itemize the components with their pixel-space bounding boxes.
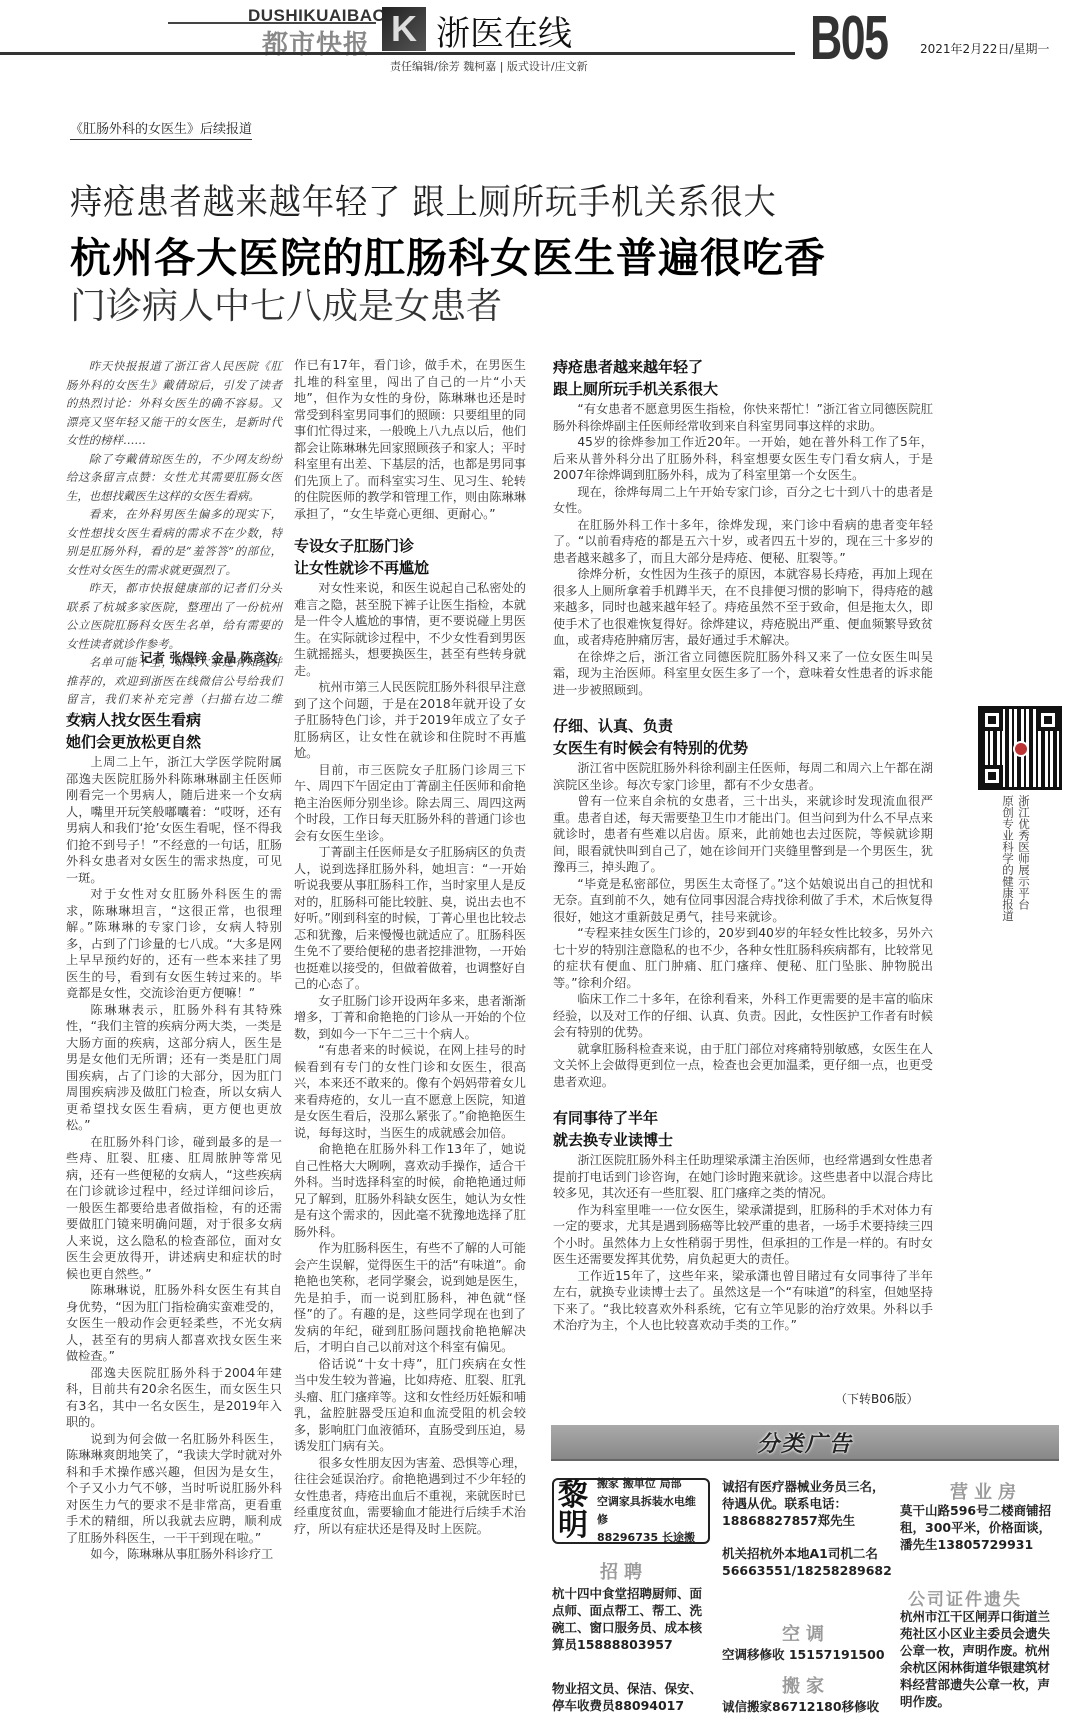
paragraph: 浙江省中医院肛肠外科徐利副主任医师，每周二和周六上午都在湖滨院区坐诊。每次专家门… — [553, 760, 933, 793]
paragraph: 45岁的徐烨参加工作近20年。一开始，她在普外科工作了5年，后来从普外科分出了肛… — [553, 434, 933, 484]
qr-finder — [981, 709, 1003, 731]
k-logo-icon: K — [382, 7, 426, 51]
paragraph: “有患者来的时候说，在网上挂号的时候看到有专门的女性门诊和女医生，很高兴，本来还… — [294, 1042, 526, 1141]
subhead: 跟上厕所玩手机关系很大 — [553, 379, 933, 399]
paragraph: 就拿肛肠科检查来说，由于肛门部位对疼痛特别敏感，女医生在人文关怀上会做得更到位一… — [553, 1041, 933, 1091]
paper-name-cn: 都市快报 — [262, 24, 370, 61]
paragraph: 在徐烨之后，浙江省立同德医院肛肠外科又来了一位女医生叫吴霜，现为主治医师。科室里… — [553, 649, 933, 699]
paragraph: 对女性来说，和医生说起自己私密处的难言之隐，甚至脱下裤子让医生指检，本就是一件令… — [294, 580, 526, 679]
continued-note: （下转B06版） — [835, 1390, 919, 1407]
intro-paragraph: 看来，在外科男医生偏多的现实下，女性想找女医生看病的需求不在少数，特别是肛肠外科… — [66, 505, 282, 579]
subhead: 有同事待了半年 — [553, 1108, 933, 1128]
paragraph: 徐烨分析，女性因为生孩子的原因，本就容易长痔疮，再加上现在很多人上厕所拿着手机蹲… — [553, 566, 933, 649]
paragraph: 很多女性朋友因为害羞、恐惧等心理，往往会延误治疗。俞艳艳遇到过不少年轻的女性患者… — [294, 1455, 526, 1538]
ad-aircon: 空调移修收 15157191500 — [722, 1646, 892, 1663]
paragraph: 陈琳琳表示，肛肠外科有其特殊性，“我们主管的疾病分两大类，一类是大肠方面的疾病，… — [66, 1002, 282, 1134]
paragraph: 临床工作二十多年，在徐利看来，外科工作更需要的是丰富的临床经验，以及对工作的仔细… — [553, 991, 933, 1041]
page-number: B05 — [810, 6, 888, 72]
paragraph: “毕竟是私密部位，男医生太奇怪了。”这个姑娘说出自己的担忧和无奈。直到前不久，她… — [553, 876, 933, 926]
subhead: 仔细、认真、负责 — [553, 716, 933, 736]
paragraph: 目前，市三医院女子肛肠门诊周三下午、周四下午固定由丁菁副主任医师和俞艳艳主治医师… — [294, 762, 526, 845]
paragraph: 对于女性对女肛肠外科医生的需求，陈琳琳坦言，“这很正常，也很理解。”陈琳琳的专家… — [66, 886, 282, 1002]
qr-caption-line: 浙江优秀医师展示平台 — [1017, 795, 1031, 910]
paragraph: 说到为何会做一名肛肠外科医生，陈琳琳爽朗地笑了，“我读大学时就对外科和手术操作感… — [66, 1431, 282, 1547]
subhead: 痔疮患者越来越年轻了 — [553, 357, 933, 377]
ad-section-title: 公司证件遗失 — [908, 1585, 1022, 1610]
issue-date: 2021年2月22日/星期一 — [920, 40, 1050, 57]
paragraph: 邵逸夫医院肛肠外科于2004年建科，目前共有20余名医生，而女医生只有3名，其中… — [66, 1365, 282, 1431]
ad-line: 搬家 搬单位 局部 — [597, 1475, 704, 1493]
headline-main: 杭州各大医院的肛肠科女医生普遍很吃香 — [70, 225, 826, 284]
intro-paragraph: 昨天，都市快报健康部的记者们分头联系了杭城多家医院，整理出了一份杭州公立医院肛肠… — [66, 579, 282, 653]
paragraph: 作为科室里唯一一位女医生，梁承潇提到，肛肠科的手术对体力有一定的要求，尤其是遇到… — [553, 1202, 933, 1268]
qr-finder — [1037, 709, 1059, 731]
subhead: 女医生有时候会有特别的优势 — [553, 738, 933, 758]
subhead: 专设女子肛肠门诊 — [294, 536, 526, 556]
article-intro: 昨天快报报道了浙江省人民医院《肛肠外科的女医生》戴倩琼后，引发了读者的热烈讨论：… — [66, 357, 282, 727]
intro-paragraph: 除了夸戴倩琼医生的，不少网友纷纷给这条留言点赞：女性尤其需要肛肠女医生，也想找戴… — [66, 450, 282, 506]
paragraph: 陈琳琳说，肛肠外科女医生有其自身优势，“因为肛门指检确实蛮难受的，女医生一般动作… — [66, 1282, 282, 1365]
paragraph: 作为肛肠科医生，有些不了解的人可能会产生误解，觉得医生干的活“有味道”。俞艳艳也… — [294, 1240, 526, 1356]
ad-mid-1: 诚招有医疗器械业务员三名，待遇从优。联系电话：18868827857郑先生 — [722, 1478, 892, 1529]
headline-top: 痔疮患者越来越年轻了 跟上厕所玩手机关系很大 — [70, 175, 777, 225]
column-2: 作已有17年，看门诊，做手术，在男医生扎堆的科室里，闯出了自己的一片“小天地”，… — [294, 357, 526, 1537]
paragraph: 浙江医院肛肠外科主任助理梁承潇主治医师，也经常遇到女性患者提前打电话到门诊咨询，… — [553, 1152, 933, 1202]
headline-sub: 门诊病人中七八成是女患者 — [70, 278, 502, 329]
ad-section-title: 空调 — [782, 1620, 830, 1646]
classifieds-title: 分类广告 — [757, 1427, 853, 1458]
paragraph: 上周二上午，浙江大学医学院附属邵逸夫医院肛肠外科陈琳琳副主任医师刚看完一个男病人… — [66, 754, 282, 886]
ad-line: 空调家具拆装水电维修 — [597, 1493, 704, 1529]
paragraph: 现在，徐烨每周二上午开始专家门诊，百分之七十到八十的患者是女性。 — [553, 484, 933, 517]
column-3: 痔疮患者越来越年轻了 跟上厕所玩手机关系很大 “有女患者不愿意男医生指检，你快来… — [553, 357, 933, 1334]
qr-logo-icon — [1013, 741, 1029, 757]
ad-recruit-2: 物业招文员、保洁、保安、停车收费员88094017 — [552, 1680, 712, 1714]
paragraph: 如今，陈琳琳从事肛肠外科诊疗工 — [66, 1546, 282, 1563]
paragraph: 在肛肠外科门诊，碰到最多的是一些痔、肛裂、肛瘘、肛周脓肿等常见病，还有一些便秘的… — [66, 1134, 282, 1283]
paragraph: 女子肛肠门诊开设两年多来，患者渐渐增多，丁菁和俞艳艳的门诊从一开始的个位数，到如… — [294, 993, 526, 1043]
paragraph: 作已有17年，看门诊，做手术，在男医生扎堆的科室里，闯出了自己的一片“小天地”，… — [294, 357, 526, 522]
paragraph: 俞艳艳在肛肠外科工作13年了，她说自己性格大大咧咧，喜欢动手操作，适合干外科。当… — [294, 1141, 526, 1240]
ad-lost-notice: 杭州市江干区闸弄口街道兰苑社区小区业主委员会遗失公章一枚，声明作废。杭州余杭区闲… — [900, 1608, 1060, 1710]
ad-line: 88296735 长途搬 — [597, 1529, 704, 1547]
paragraph: 俗话说“十女十痔”，肛门疾病在女性当中发生较为普遍，比如痔疮、肛裂、肛乳头瘤、肛… — [294, 1356, 526, 1455]
subhead: 女病人找女医生看病 — [66, 710, 282, 730]
byline: 记者 张煜锌 金晶 陈彦汝 — [140, 648, 278, 666]
qr-finder — [981, 765, 1003, 787]
ad-section-title: 营业房 — [950, 1478, 1022, 1504]
ad-mid-2: 机关招杭外本地A1司机二名56663551/18258289682 — [722, 1545, 892, 1579]
ad-section-title: 招聘 — [600, 1558, 648, 1584]
ad-moving: 诚信搬家86712180移修收 — [722, 1698, 892, 1715]
paragraph: 杭州市第三人民医院肛肠外科很早注意到了这个问题，于是在2018年就开设了女子肛肠… — [294, 679, 526, 762]
editor-credits: 责任编辑/徐芳 魏柯嘉 | 版式设计/庄文新 — [390, 58, 588, 74]
paragraph: “有女患者不愿意男医生指检，你快来帮忙！”浙江省立同德医院肛肠外科徐烨副主任医师… — [553, 401, 933, 434]
ad-recruit-1: 杭十四中食堂招聘厨师、面点师、面点帮工、帮工、洗碗工、窗口服务员、成本核算员15… — [552, 1585, 712, 1653]
series-kicker: 《肛肠外科的女医生》后续报道 — [70, 118, 252, 140]
subhead: 就去换专业读博士 — [553, 1130, 933, 1150]
masthead-rule — [0, 52, 795, 55]
subhead: 让女性就诊不再尴尬 — [294, 558, 526, 578]
intro-paragraph: 昨天快报报道了浙江省人民医院《肛肠外科的女医生》戴倩琼后，引发了读者的热烈讨论：… — [66, 357, 282, 450]
section-title: 浙医在线 — [436, 6, 572, 55]
column-1: 女病人找女医生看病 她们会更放松更自然 上周二上午，浙江大学医学院附属邵逸夫医院… — [66, 702, 282, 1563]
paragraph: 曾有一位来自余杭的女患者，三十出头，来就诊时发现流血很严重。患者自述，每天需要垫… — [553, 793, 933, 876]
ad-shop: 莫干山路596号二楼商铺招租，300平米，价格面谈，潘先生13805729931 — [900, 1502, 1060, 1553]
qr-caption: 浙江优秀医师展示平台 原创专业科学的健康报道 — [1000, 795, 1032, 922]
ad-box-brand: 黎明 — [558, 1481, 597, 1541]
ad-box-moving: 黎明 搬家 搬单位 局部 空调家具拆装水电维修 88296735 长途搬 — [552, 1478, 710, 1544]
ad-section-title: 搬家 — [782, 1672, 830, 1698]
paragraph: 丁菁副主任医师是女子肛肠病区的负责人，说到选择肛肠外科，她坦言：“一开始听说我要… — [294, 844, 526, 993]
paragraph: 工作近15年了，这些年来，梁承潇也曾目睹过有女同事待了半年左右，就换专业读博士去… — [553, 1268, 933, 1334]
classifieds-banner: 分类广告 — [551, 1425, 1059, 1461]
subhead: 她们会更放松更自然 — [66, 732, 282, 752]
qr-code-icon[interactable] — [978, 706, 1062, 790]
qr-caption-line: 原创专业科学的健康报道 — [1001, 795, 1015, 922]
ad-box-text: 搬家 搬单位 局部 空调家具拆装水电维修 88296735 长途搬 — [597, 1475, 704, 1547]
paragraph: “专程来挂女医生门诊的，20岁到40岁的年轻女性比较多，另外六七十岁的特别注意隐… — [553, 925, 933, 991]
paragraph: 在肛肠外科工作十多年，徐烨发现，来门诊中看病的患者变年轻了。“以前看痔疮的都是五… — [553, 517, 933, 567]
